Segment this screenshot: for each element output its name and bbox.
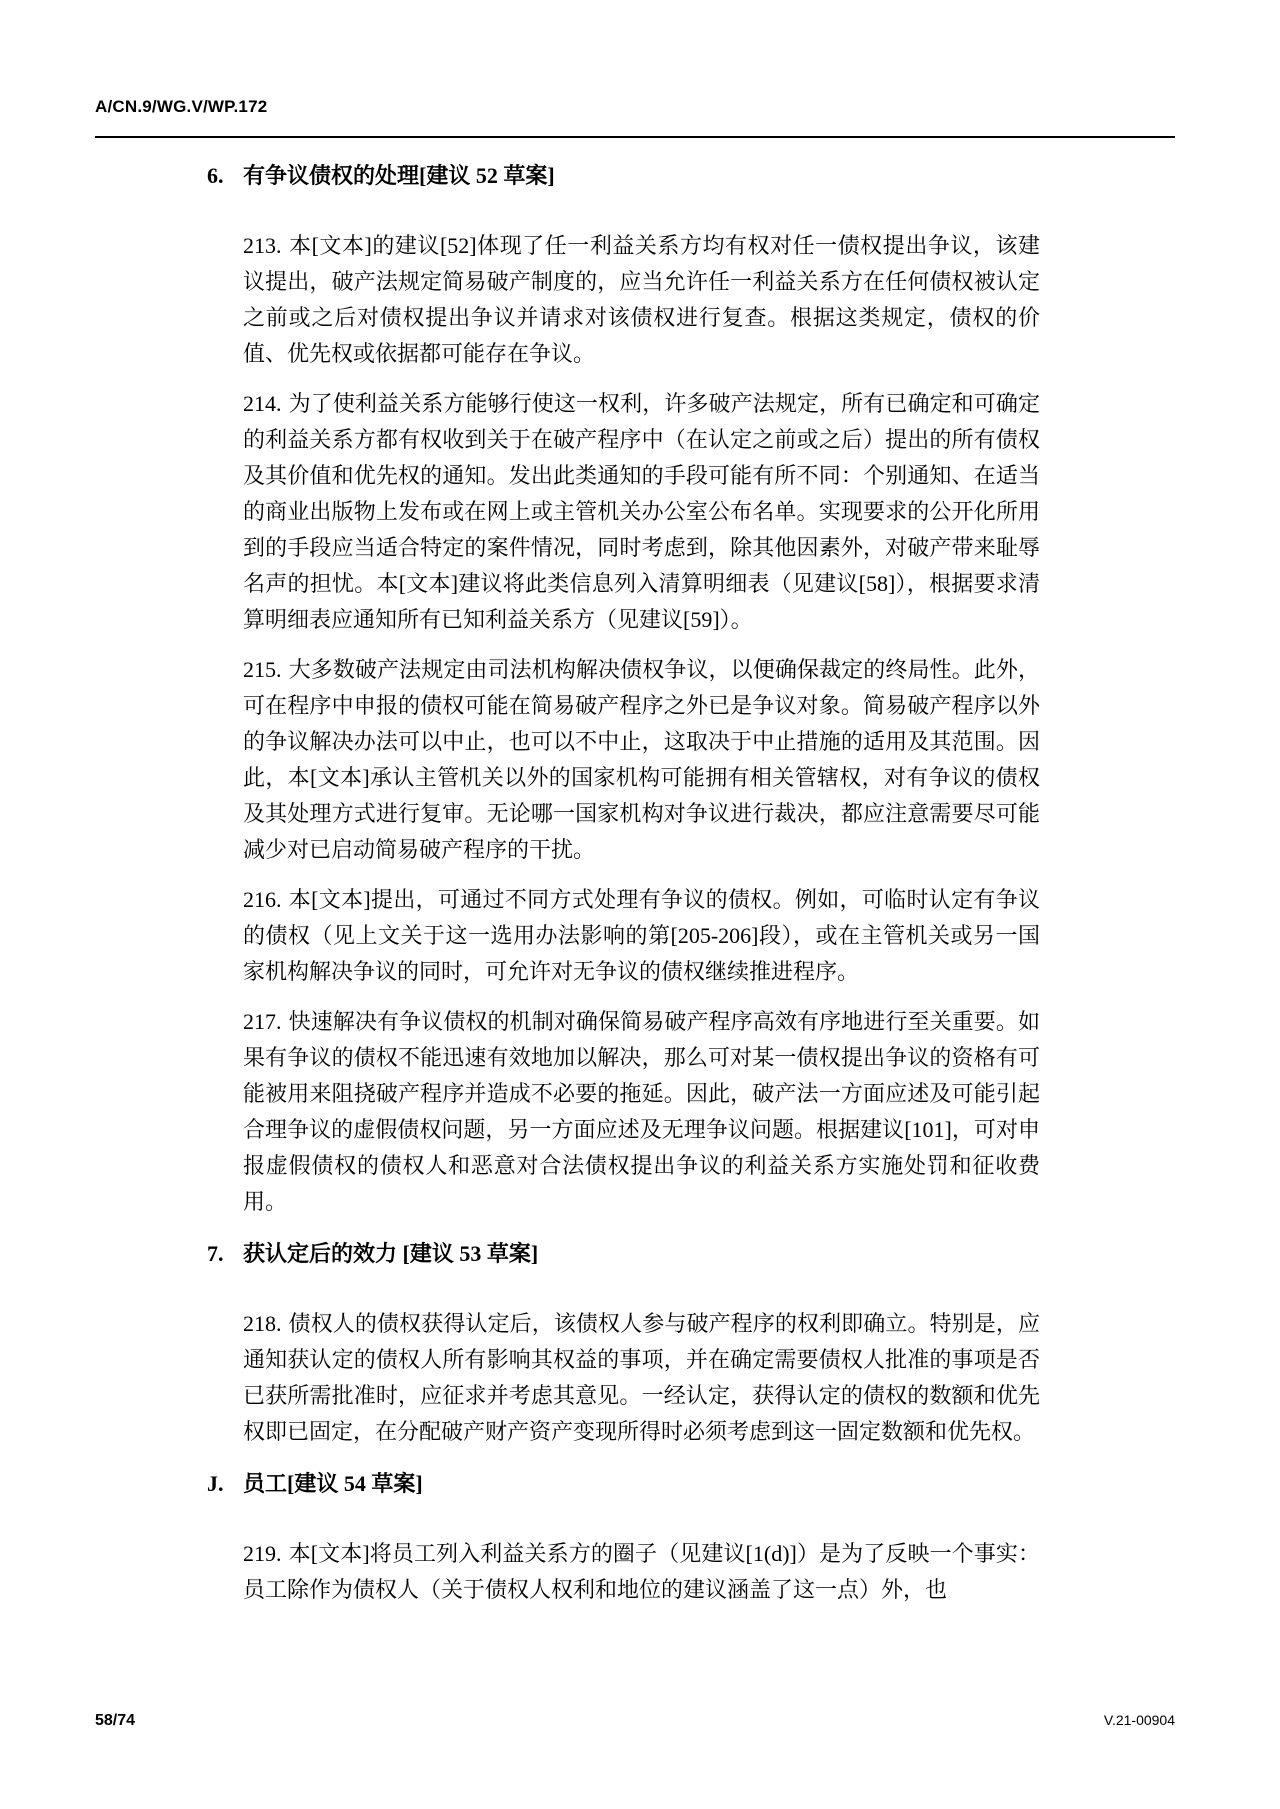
paragraph-213: 213.本[文本]的建议[52]体现了任一利益关系方均有权对任一债权提出争议，该…	[243, 228, 1040, 372]
page-body: 6. 有争议债权的处理[建议 52 草案] 213.本[文本]的建议[52]体现…	[243, 158, 1040, 1622]
section-heading-7: 7. 获认定后的效力 [建议 53 草案]	[243, 1236, 1040, 1272]
section-title: 有争议债权的处理[建议 52 草案]	[243, 158, 555, 194]
section-title: 获认定后的效力 [建议 53 草案]	[243, 1236, 538, 1272]
paragraph-215: 215.大多数破产法规定由司法机构解决债权争议，以便确保裁定的终局性。此外，可在…	[243, 652, 1040, 868]
paragraph-text: 本[文本]提出，可通过不同方式处理有争议的债权。例如，可临时认定有争议的债权（见…	[243, 887, 1040, 984]
header-rule	[95, 136, 1175, 138]
paragraph-number: 214.	[243, 391, 282, 416]
paragraph-text: 大多数破产法规定由司法机构解决债权争议，以便确保裁定的终局性。此外，可在程序中申…	[243, 657, 1040, 862]
paragraph-number: 219.	[243, 1541, 282, 1566]
paragraph-217: 217.快速解决有争议债权的机制对确保简易破产程序高效有序地进行至关重要。如果有…	[243, 1004, 1040, 1220]
paragraph-text: 快速解决有争议债权的机制对确保简易破产程序高效有序地进行至关重要。如果有争议的债…	[243, 1009, 1040, 1214]
section-number: 7.	[207, 1236, 243, 1272]
paragraph-number: 218.	[243, 1311, 282, 1336]
paragraph-216: 216.本[文本]提出，可通过不同方式处理有争议的债权。例如，可临时认定有争议的…	[243, 882, 1040, 990]
page-number: 58/74	[95, 1712, 135, 1730]
paragraph-text: 本[文本]将员工列入利益关系方的圈子（见建议[1(d)]）是为了反映一个事实：员…	[243, 1541, 1040, 1602]
paragraph-number: 217.	[243, 1009, 282, 1034]
paragraph-number: 215.	[243, 657, 282, 682]
paragraph-text: 本[文本]的建议[52]体现了任一利益关系方均有权对任一债权提出争议，该建议提出…	[243, 233, 1040, 366]
paragraph-text: 为了使利益关系方能够行使这一权利，许多破产法规定，所有已确定和可确定的利益关系方…	[243, 391, 1040, 632]
document-id: V.21-00904	[1104, 1712, 1175, 1728]
paragraph-218: 218.债权人的债权获得认定后，该债权人参与破产程序的权利即确立。特别是，应通知…	[243, 1306, 1040, 1450]
section-heading-J: J. 员工[建议 54 草案]	[243, 1466, 1040, 1502]
paragraph-number: 216.	[243, 887, 282, 912]
paragraph-text: 债权人的债权获得认定后，该债权人参与破产程序的权利即确立。特别是，应通知获认定的…	[243, 1311, 1040, 1444]
paragraph-number: 213.	[243, 233, 282, 258]
section-number: 6.	[207, 158, 243, 194]
section-heading-6: 6. 有争议债权的处理[建议 52 草案]	[243, 158, 1040, 194]
paragraph-214: 214.为了使利益关系方能够行使这一权利，许多破产法规定，所有已确定和可确定的利…	[243, 386, 1040, 638]
section-number: J.	[207, 1466, 243, 1502]
section-title: 员工[建议 54 草案]	[243, 1466, 423, 1502]
paragraph-219: 219.本[文本]将员工列入利益关系方的圈子（见建议[1(d)]）是为了反映一个…	[243, 1536, 1040, 1608]
page-footer: 58/74 V.21-00904	[95, 1712, 1175, 1730]
document-symbol: A/CN.9/WG.V/WP.172	[95, 97, 267, 117]
